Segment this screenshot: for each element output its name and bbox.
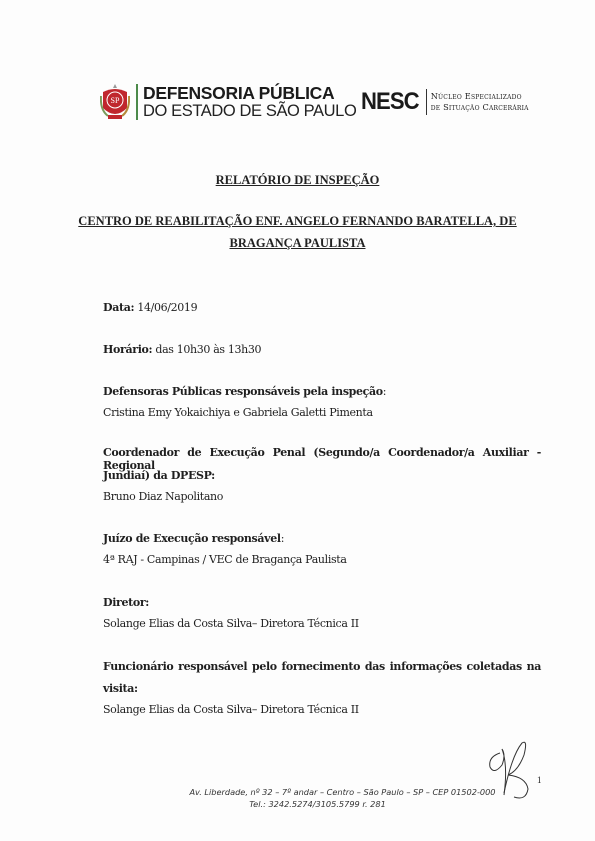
nesc-mark: NESC bbox=[361, 88, 419, 116]
coordinator-value: Bruno Diaz Napolitano bbox=[103, 490, 223, 503]
time-value: das 10h30 às 13h30 bbox=[152, 343, 261, 356]
director-value: Solange Elias da Costa Silva– Diretora T… bbox=[103, 617, 359, 630]
footer-address: Av. Liberdade, nº 32 – 7º andar – Centro… bbox=[45, 787, 595, 797]
svg-text:SP: SP bbox=[111, 96, 120, 105]
nesc-line1: Núcleo Especializado bbox=[431, 91, 529, 102]
nesc-logo: NESC Núcleo Especializado de Situação Ca… bbox=[361, 88, 529, 116]
document-page: SP DEFENSORIA PÚBLICA DO ESTADO DE SÃO P… bbox=[0, 0, 595, 841]
date-label: Data: bbox=[103, 301, 134, 314]
facility-title-line2: BRAGANÇA PAULISTA bbox=[0, 236, 595, 251]
time-label: Horário: bbox=[103, 343, 152, 356]
staff-label-line1: Funcionário responsável pelo forneciment… bbox=[103, 660, 541, 673]
report-title: RELATÓRIO DE INSPEÇÃO bbox=[0, 173, 595, 188]
time-field: Horário: das 10h30 às 13h30 bbox=[103, 343, 261, 356]
date-field: Data: 14/06/2019 bbox=[103, 301, 197, 314]
nesc-line2: de Situação Carcerária bbox=[431, 102, 529, 113]
staff-value: Solange Elias da Costa Silva– Diretora T… bbox=[103, 703, 359, 716]
date-value: 14/06/2019 bbox=[134, 301, 197, 314]
defenders-value: Cristina Emy Yokaichiya e Gabriela Galet… bbox=[103, 406, 373, 419]
page-number: 1 bbox=[537, 775, 542, 785]
org-name-line2: DO ESTADO DE SÃO PAULO bbox=[143, 102, 356, 120]
org-name-line1: DEFENSORIA PÚBLICA bbox=[143, 84, 356, 102]
court-label: Juízo de Execução responsável: bbox=[103, 532, 284, 545]
sao-paulo-crest-icon: SP bbox=[100, 82, 130, 122]
defenders-label: Defensoras Públicas responsáveis pela in… bbox=[103, 385, 386, 398]
coordinator-label-line2: Jundiaí) da DPESP: bbox=[103, 469, 215, 482]
facility-title-line1: CENTRO DE REABILITAÇÃO ENF. ANGELO FERNA… bbox=[0, 214, 595, 229]
footer-phone: Tel.: 3242.5274/3105.5799 r. 281 bbox=[20, 799, 595, 809]
director-label: Diretor: bbox=[103, 596, 149, 609]
defensoria-logo: SP DEFENSORIA PÚBLICA DO ESTADO DE SÃO P… bbox=[100, 82, 356, 122]
nesc-divider bbox=[426, 89, 427, 115]
logo-divider bbox=[136, 84, 138, 120]
staff-label-line2: visita: bbox=[103, 682, 138, 695]
court-value: 4ª RAJ - Campinas / VEC de Bragança Paul… bbox=[103, 553, 347, 566]
